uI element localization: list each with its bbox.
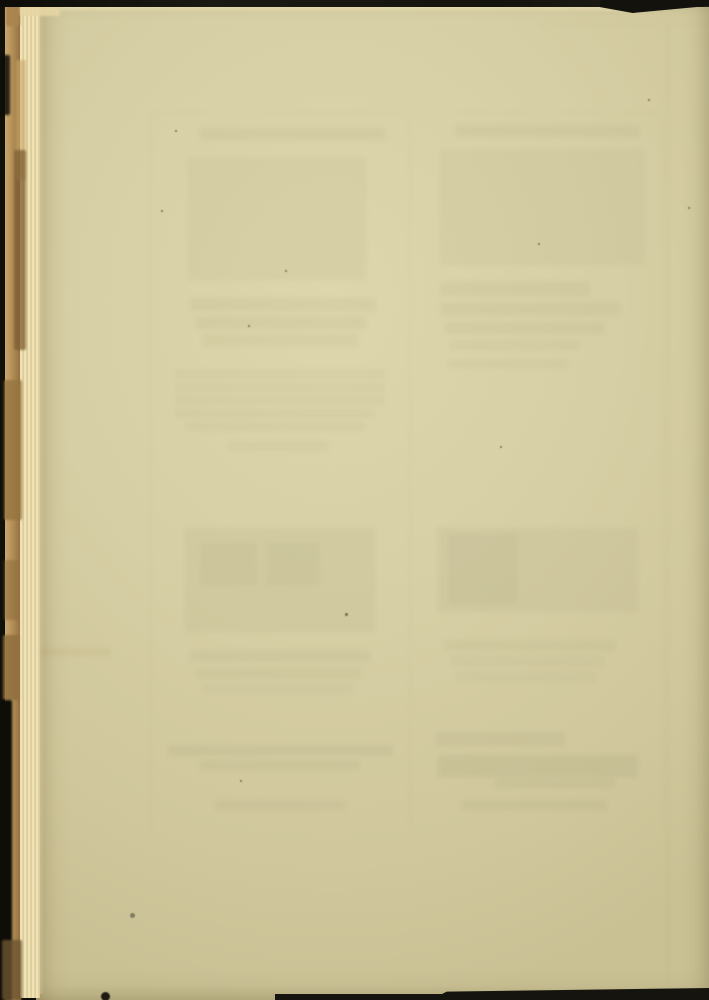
ghost-show-through-block (445, 322, 605, 334)
ghost-show-through-block (228, 442, 328, 451)
ghost-show-through-block (455, 672, 595, 682)
ghost-show-through-block (175, 396, 385, 405)
ghost-show-through-block (462, 800, 607, 810)
ghost-show-through-block (175, 383, 385, 392)
ghost-show-through-block (196, 316, 366, 329)
ghost-show-through-block (667, 25, 668, 985)
ghost-show-through-block (663, 115, 664, 830)
ghost-show-through-block (450, 340, 580, 350)
ghost-show-through-block (40, 648, 110, 656)
ghost-show-through-block (203, 684, 353, 694)
ghost-show-through-block (445, 640, 615, 651)
ghost-show-through-block (540, 24, 709, 25)
ghost-show-through-block (190, 650, 370, 662)
ghost-show-through-block (215, 800, 345, 810)
ghost-show-through-block (196, 668, 361, 679)
book-scan (0, 0, 709, 1000)
ghost-show-through-block (455, 125, 640, 137)
show-through-ghost-layer (0, 0, 709, 1000)
ghost-show-through-block (438, 755, 638, 777)
ghost-show-through-block (448, 534, 518, 604)
ghost-show-through-block (266, 542, 320, 586)
ghost-show-through-block (200, 128, 385, 140)
ghost-show-through-block (175, 370, 385, 379)
ghost-show-through-block (435, 732, 565, 746)
ghost-show-through-block (440, 150, 645, 265)
ghost-show-through-block (188, 158, 366, 280)
ghost-show-through-block (168, 745, 393, 756)
ghost-show-through-block (200, 760, 360, 770)
ghost-show-through-block (203, 334, 358, 346)
ghost-show-through-block (440, 282, 590, 296)
ghost-show-through-block (448, 360, 568, 368)
ghost-show-through-block (152, 112, 663, 113)
ghost-show-through-block (150, 112, 151, 832)
ghost-show-through-block (190, 298, 375, 311)
ghost-show-through-block (185, 422, 365, 431)
ghost-show-through-block (200, 542, 258, 586)
ghost-show-through-block (450, 656, 605, 666)
ghost-show-through-block (495, 778, 615, 788)
ghost-show-through-block (175, 409, 375, 418)
ghost-show-through-block (440, 302, 620, 316)
page-top-edge-highlight (60, 7, 639, 13)
ghost-show-through-block (410, 118, 411, 830)
